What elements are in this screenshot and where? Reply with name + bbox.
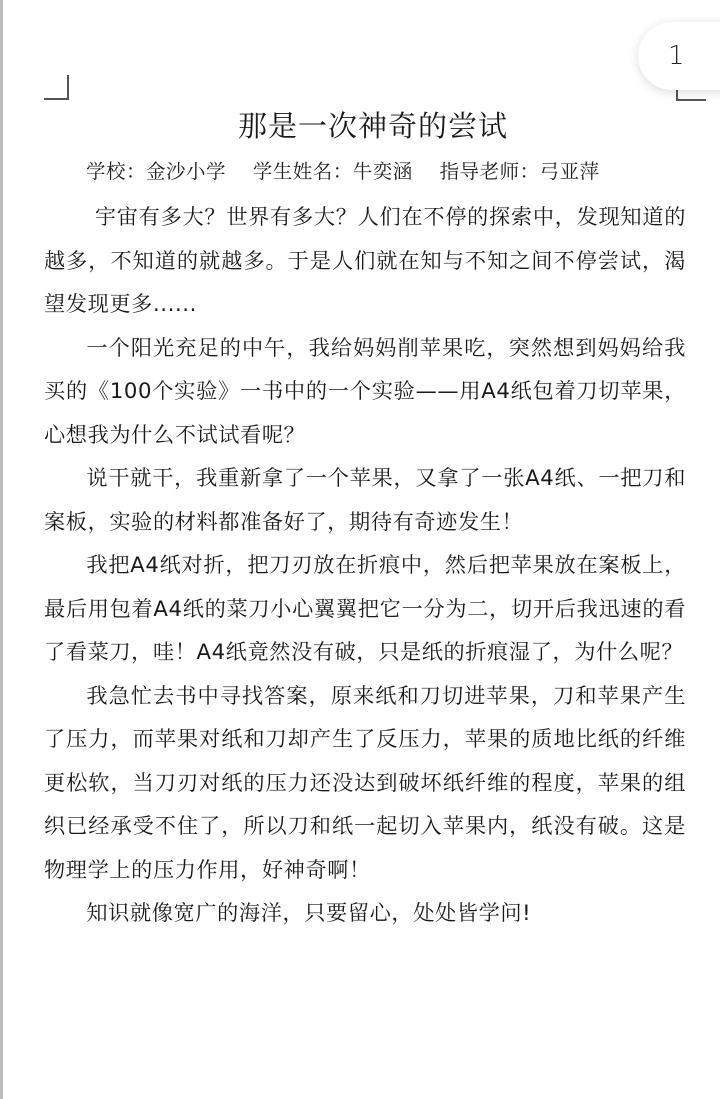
page-number: 1 [668, 41, 685, 71]
document-body: 宇宙有多大？世界有多大？人们在不停的探索中，发现知道的越多，不知道的就越多。于是… [44, 195, 686, 935]
document-byline: 学校：金沙小学 学生姓名：牛奕涵 指导老师：弓亚萍 [86, 156, 600, 184]
crop-mark-top-left-icon [44, 75, 69, 100]
paragraph-3: 说干就干，我重新拿了一个苹果，又拿了一张A4纸、一把刀和案板，实验的材料都准备好… [44, 456, 686, 543]
paragraph-2: 一个阳光充足的中午，我给妈妈削苹果吃，突然想到妈妈给我买的《100个实验》一书中… [44, 326, 686, 457]
paragraph-4: 我把A4纸对折，把刀刃放在折痕中，然后把苹果放在案板上，最后用包着A4纸的菜刀小… [44, 543, 686, 674]
page-number-badge[interactable]: 1 [638, 22, 720, 90]
paragraph-6: 知识就像宽广的海洋，只要留心，处处皆学问! [44, 891, 686, 935]
paragraph-5: 我急忙去书中寻找答案，原来纸和刀切进苹果，刀和苹果产生了压力，而苹果对纸和刀却产… [44, 674, 686, 892]
document-title: 那是一次神奇的尝试 [0, 104, 720, 145]
paragraph-1: 宇宙有多大？世界有多大？人们在不停的探索中，发现知道的越多，不知道的就越多。于是… [44, 195, 686, 326]
page-left-edge [0, 0, 3, 1099]
